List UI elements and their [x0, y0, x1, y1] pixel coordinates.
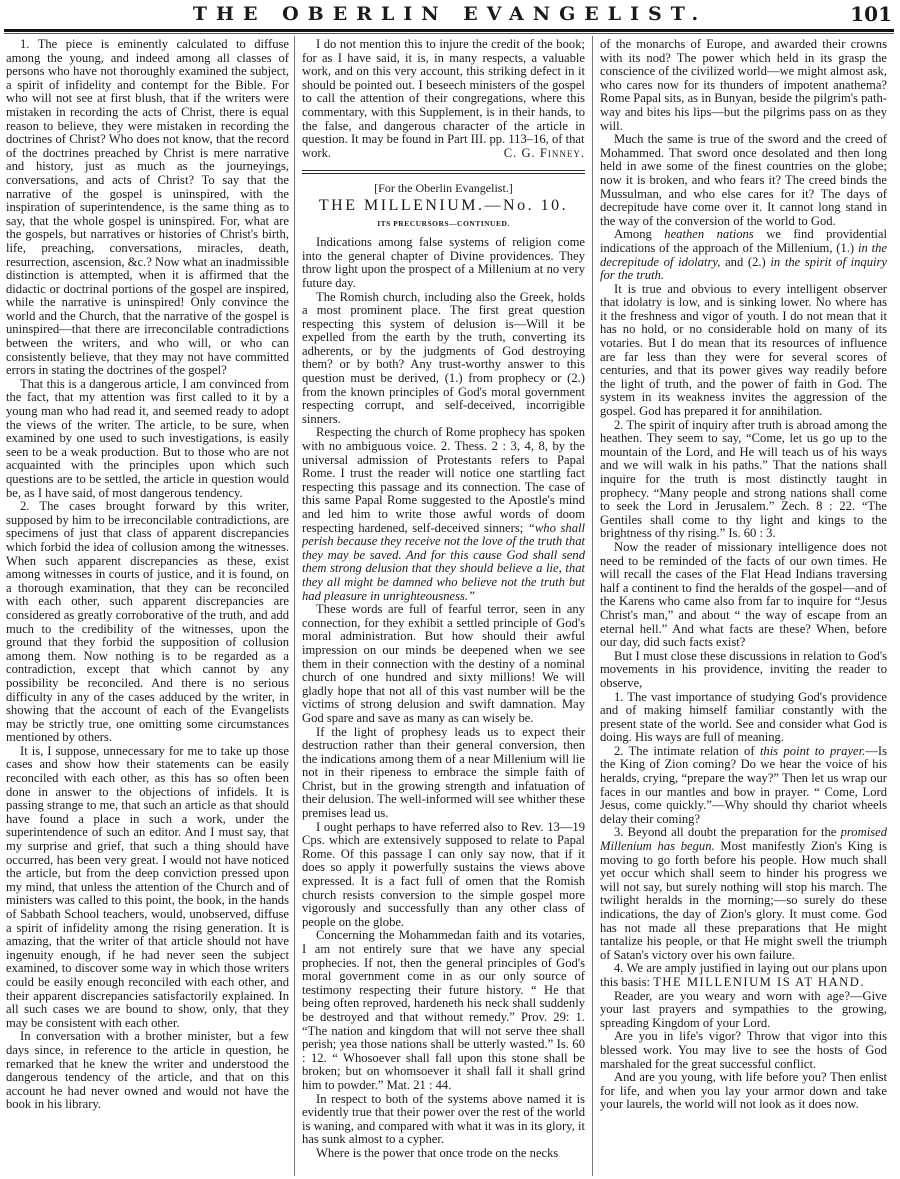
emphasis: this point to prayer. — [760, 744, 865, 758]
column-1: 1. The piece is eminently calculated to … — [6, 38, 289, 1112]
page-number: 101 — [850, 2, 892, 26]
paragraph-text: Respecting the church of Rome prophecy h… — [302, 425, 585, 534]
paragraph: Concerning the Mohammedan faith and its … — [302, 929, 585, 1092]
paragraph: of the monarchs of Europe, and awarded t… — [600, 38, 887, 133]
proclamation: THE MILLENIUM IS AT HAND. — [653, 975, 865, 989]
column-2: I do not mention this to injure the cred… — [302, 38, 585, 1161]
paragraph: The Romish church, including also the Gr… — [302, 291, 585, 427]
paragraph: 1. The piece is eminently calculated to … — [6, 38, 289, 378]
paragraph: 2. The cases brought forward by this wri… — [6, 500, 289, 745]
paragraph: Reader, are you weary and worn with age?… — [600, 990, 887, 1031]
author-signature: C. G. Finney. — [504, 147, 585, 161]
paragraph: It is true and obvious to every intellig… — [600, 283, 887, 419]
paragraph: 1. The vast importance of studying God's… — [600, 691, 887, 745]
paragraph: Are you in life's vigor? Throw that vigo… — [600, 1030, 887, 1071]
paragraph: I do not mention this to injure the cred… — [302, 38, 585, 147]
paragraph: Among heathen nations we find providenti… — [600, 228, 887, 282]
column-divider — [294, 36, 295, 1176]
paragraph: Respecting the church of Rome prophecy h… — [302, 426, 585, 603]
section-divider — [302, 170, 585, 174]
source-note: [For the Oberlin Evangelist.] — [302, 182, 585, 196]
text: and (2.) — [725, 255, 766, 269]
paragraph: 3. Beyond all doubt the preparation for … — [600, 826, 887, 962]
paragraph: 2. The spirit of inquiry after truth is … — [600, 419, 887, 541]
column-divider — [592, 36, 593, 1176]
masthead-rule — [4, 29, 894, 32]
paragraph: It is, I suppose, unnecessary for me to … — [6, 745, 289, 1030]
article-title: THE MILLENIUM.—No. 10. — [302, 199, 585, 213]
text: Most manifestly Zion's King is moving to… — [600, 839, 887, 962]
text: Among — [614, 227, 652, 241]
paragraph: 2. The intimate relation of this point t… — [600, 745, 887, 827]
article-subtitle: ITS PRECURSORS—CONTINUED. — [302, 217, 585, 231]
emphasis: heathen nations — [664, 227, 753, 241]
paragraph: And are you young, with life before you?… — [600, 1071, 887, 1112]
text: 2. The intimate relation of — [614, 744, 755, 758]
paragraph: But I must close these discussions in re… — [600, 650, 887, 691]
column-3: of the monarchs of Europe, and awarded t… — [600, 38, 887, 1112]
paragraph: Indications among false systems of relig… — [302, 236, 585, 290]
paragraph: In respect to both of the systems above … — [302, 1093, 585, 1147]
paragraph: That this is a dangerous article, I am c… — [6, 378, 289, 500]
paragraph: Now the reader of missionary intelligenc… — [600, 541, 887, 650]
paragraph: 4. We are amply justified in laying out … — [600, 962, 887, 989]
paragraph: If the light of prophesy leads us to exp… — [302, 726, 585, 821]
newspaper-title: THE OBERLIN EVANGELIST. — [0, 3, 900, 25]
text: 3. Beyond all doubt the preparation for … — [614, 825, 836, 839]
paragraph: These words are full of fearful terror, … — [302, 603, 585, 725]
masthead-rule-thin — [4, 33, 894, 34]
paragraph: Much the same is true of the sword and t… — [600, 133, 887, 228]
masthead: THE OBERLIN EVANGELIST. 101 — [0, 0, 900, 26]
paragraph: In conversation with a brother minister,… — [6, 1030, 289, 1112]
paragraph: Where is the power that once trode on th… — [302, 1147, 585, 1161]
paragraph: I ought perhaps to have referred also to… — [302, 821, 585, 930]
signature-line: work. C. G. Finney. — [302, 147, 585, 161]
signature-lead: work. — [302, 147, 331, 161]
